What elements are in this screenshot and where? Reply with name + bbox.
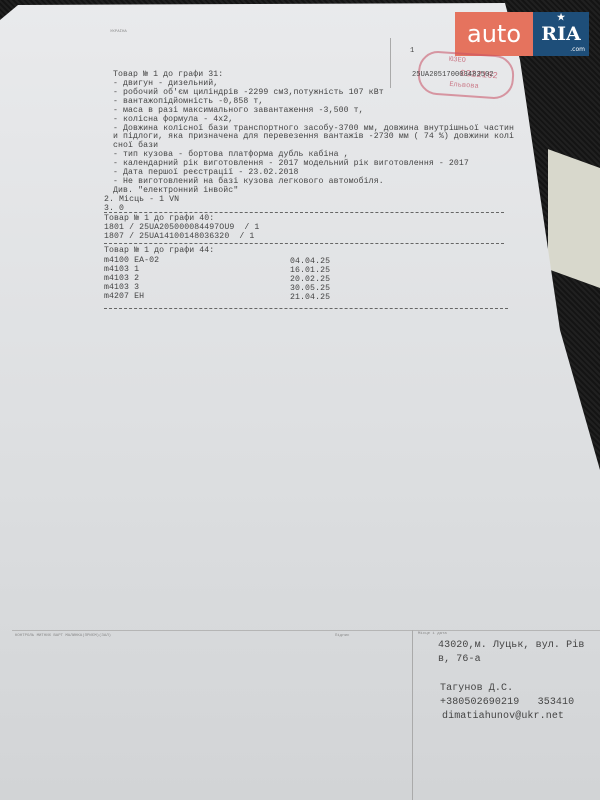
footer-rule	[12, 630, 600, 631]
box-number: 1	[410, 47, 414, 56]
goods-44-code: m4100 EA-02	[104, 256, 159, 265]
star-icon: ★	[557, 13, 565, 23]
secondary-paper	[548, 149, 600, 291]
contact-phone: +380502690219 353410	[440, 697, 574, 708]
goods-31-line: - двигун - дизельний,	[113, 79, 218, 88]
goods-31-line: - календарний рік виготовлення - 2017 мо…	[113, 159, 469, 168]
goods-31-line: Див. "електронний інвойс"	[113, 186, 238, 195]
autoria-logo[interactable]: auto ★RIA.com	[455, 12, 589, 56]
logo-auto: auto	[455, 12, 533, 56]
goods-44-date: 04.04.25	[290, 257, 330, 266]
divider	[104, 308, 508, 309]
goods-44-code: m4207 EH	[104, 292, 144, 301]
goods-44-date: 30.05.25	[290, 284, 330, 293]
goods-31-line: - Дата першої реєстрації - 23.02.2018	[113, 168, 299, 177]
goods-44-code: m4103 2	[104, 274, 139, 283]
goods-44-code: m4103 3	[104, 283, 139, 292]
goods-31-line: - тип кузова - бортова платформа дубль к…	[113, 150, 349, 159]
divider	[104, 212, 504, 213]
goods-31-line: сної бази	[113, 141, 158, 150]
contact-person: Тагунов Д.С.	[440, 683, 513, 694]
goods-40-title: Товар № 1 до графи 40:	[104, 214, 214, 223]
goods-31-line: и підлоги, яка призначена для перевезенн…	[113, 132, 514, 141]
address-line-1: 43020,м. Луцьк, вул. Рів	[438, 640, 584, 651]
goods-40-line: 1807 / 25UA14100148036320 / 1	[104, 232, 254, 241]
footer-right-label: Місце і дата	[418, 632, 447, 636]
goods-31-line: - вантажопідйомність -0,858 т,	[113, 97, 263, 106]
goods-44-date: 20.02.25	[290, 275, 330, 284]
logo-ria: ★RIA.com	[533, 12, 589, 56]
address-line-2: в, 76-а	[438, 654, 481, 665]
footer-left-label: КОНТРОЛЬ МИТНИХ ВАРТ МАЛИНКА(ПРИЄМ)(ЗАЛ)	[15, 634, 111, 638]
divider	[104, 243, 504, 244]
country-label: УКРАЇНА	[110, 30, 127, 34]
document-sheet	[0, 0, 600, 800]
goods-44-code: m4103 1	[104, 265, 139, 274]
goods-40-line: 1801 / 25UA205000084497OU9 / 1	[104, 223, 259, 232]
footer-divider	[412, 630, 413, 800]
goods-44-date: 16.01.25	[290, 266, 330, 275]
goods-31-title: Товар № 1 до графи 31:	[113, 70, 223, 79]
goods-31-line: 2. Місць - 1 VN	[104, 195, 179, 204]
goods-31-line: - робочий об'єм циліндрів -2299 см3,поту…	[113, 88, 384, 97]
goods-44-date: 21.04.25	[290, 293, 330, 302]
contact-email: dimatiahunov@ukr.net	[442, 711, 564, 722]
footer-mid-label: Підпис	[335, 634, 349, 638]
goods-31-line: - маса в разі максимального завантаження…	[113, 106, 364, 115]
goods-44-title: Товар № 1 до графи 44:	[104, 246, 214, 255]
declaration-number: 25UA205170003483502	[412, 71, 494, 80]
goods-31-line: - Не виготовлений на базі кузова легково…	[113, 177, 384, 186]
goods-31-line: - колісна формула - 4х2,	[113, 115, 233, 124]
box-border	[390, 38, 391, 88]
